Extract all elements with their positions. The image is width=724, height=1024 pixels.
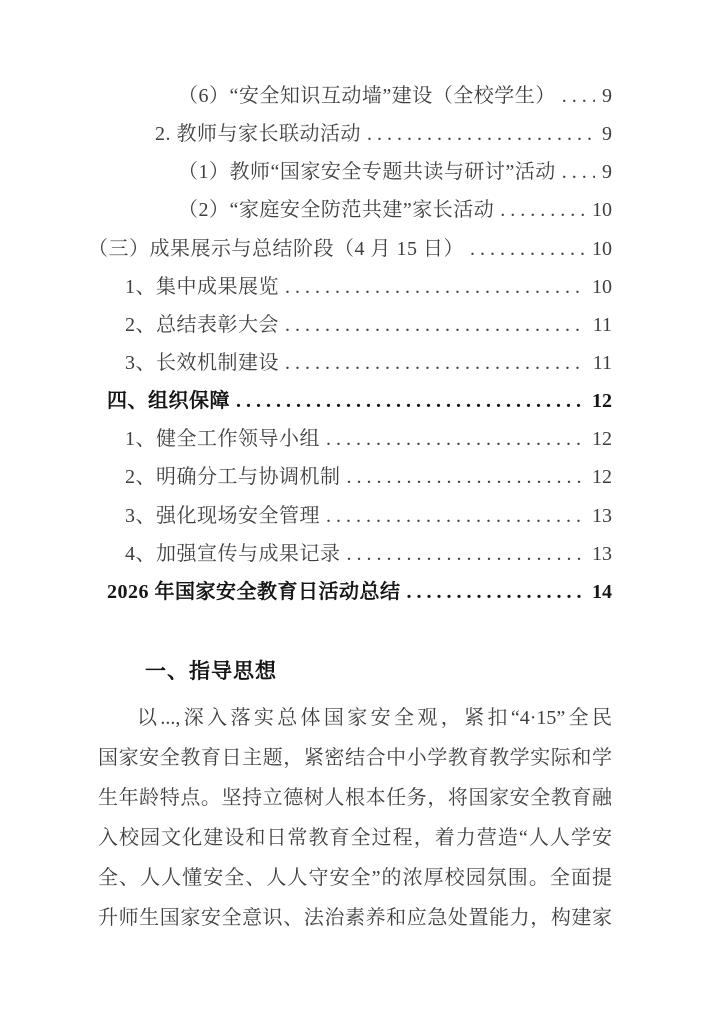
toc-entry-title: 3、长效机制建设 [125, 344, 279, 382]
toc-entry-title: 2、明确分工与协调机制 [125, 458, 341, 496]
paragraph-line: 国家安全教育日主题，紧密结合中小学教育教学实际和学 [98, 738, 612, 778]
toc-dot-leader: ........................................… [326, 497, 585, 535]
paragraph-line: 全、人人懂安全、人人守安全”的浓厚校园氛围。全面提 [98, 858, 612, 898]
toc-entry-page-number: 14 [592, 573, 612, 611]
paragraph-line: 升师生国家安全意识、法治素养和应急处置能力，构建家 [98, 898, 612, 938]
toc-entry-page-number: 10 [592, 230, 612, 268]
body-paragraph: 以...,深入落实总体国家安全观，紧扣“4·15”全民国家安全教育日主题，紧密结… [98, 698, 612, 938]
paragraph-line: 以...,深入落实总体国家安全观，紧扣“4·15”全民 [98, 698, 612, 738]
toc-entry-title: （2）“家庭安全防范共建”家长活动 [178, 191, 494, 229]
paragraph-line: 生年龄特点。坚持立德树人根本任务，将国家安全教育融 [98, 778, 612, 818]
toc-dot-leader: ........................................… [285, 306, 586, 344]
paragraph-line: 入校园文化建设和日常教育全过程，着力营造“人人学安 [98, 818, 612, 858]
toc-entry-page-number: 11 [593, 344, 612, 382]
toc-entry-title: 四、组织保障 [107, 382, 230, 420]
toc-dot-leader: ........................................… [562, 153, 595, 191]
toc-entry-page-number: 9 [602, 153, 612, 191]
toc-entry: 4、加强宣传与成果记录.............................… [0, 535, 612, 573]
toc-dot-leader: ........................................… [236, 382, 585, 420]
toc-entry-page-number: 13 [592, 535, 612, 573]
section-heading: 一、指导思想 [145, 657, 277, 685]
toc-dot-leader: ........................................… [500, 191, 585, 229]
toc-entry: 2、总结表彰大会................................… [0, 306, 612, 344]
toc-entry: （6）“安全知识互动墙”建设（全校学生）....................… [0, 77, 612, 115]
table-of-contents: （6）“安全知识互动墙”建设（全校学生）....................… [0, 77, 612, 611]
toc-dot-leader: ........................................… [285, 268, 585, 306]
toc-entry-page-number: 9 [602, 115, 612, 153]
toc-dot-leader: ........................................… [347, 535, 586, 573]
toc-entry-title: （三）成果展示与总结阶段（4 月 15 日） [88, 230, 464, 268]
toc-dot-leader: ........................................… [470, 230, 585, 268]
toc-entry-page-number: 13 [592, 497, 612, 535]
toc-entry: 1、健全工作领导小组..............................… [0, 420, 612, 458]
toc-entry: 1、集中成果展览................................… [0, 268, 612, 306]
toc-entry: 2. 教师与家长联动活动............................… [0, 115, 612, 153]
toc-dot-leader: ........................................… [285, 344, 586, 382]
toc-entry: 四、组织保障..................................… [0, 382, 612, 420]
toc-entry-page-number: 12 [592, 382, 612, 420]
toc-dot-leader: ........................................… [562, 77, 595, 115]
toc-entry-title: （1）教师“国家安全专题共读与研讨”活动 [178, 153, 556, 191]
toc-entry-title: 1、健全工作领导小组 [125, 420, 320, 458]
toc-dot-leader: ........................................… [347, 458, 586, 496]
toc-dot-leader: ........................................… [407, 573, 586, 611]
toc-entry-page-number: 11 [593, 306, 612, 344]
toc-entry-page-number: 12 [592, 420, 612, 458]
document-page: （6）“安全知识互动墙”建设（全校学生）....................… [0, 0, 724, 1024]
toc-entry: 2026 年国家安全教育日活动总结.......................… [0, 573, 612, 611]
toc-entry: （三）成果展示与总结阶段（4 月 15 日）..................… [0, 230, 612, 268]
toc-entry-title: 2. 教师与家长联动活动 [155, 115, 361, 153]
toc-entry-title: 3、强化现场安全管理 [125, 497, 320, 535]
toc-entry: 2、明确分工与协调机制.............................… [0, 458, 612, 496]
toc-dot-leader: ........................................… [367, 115, 595, 153]
toc-entry-page-number: 12 [592, 458, 612, 496]
toc-entry-title: 4、加强宣传与成果记录 [125, 535, 341, 573]
toc-entry-title: （6）“安全知识互动墙”建设（全校学生） [178, 77, 556, 115]
toc-entry: 3、强化现场安全管理..............................… [0, 497, 612, 535]
toc-entry: （2）“家庭安全防范共建”家长活动.......................… [0, 191, 612, 229]
toc-entry-page-number: 10 [592, 191, 612, 229]
toc-entry-title: 1、集中成果展览 [125, 268, 279, 306]
toc-entry-title: 2026 年国家安全教育日活动总结 [107, 573, 401, 611]
toc-entry-page-number: 9 [602, 77, 612, 115]
toc-entry: 3、长效机制建设................................… [0, 344, 612, 382]
toc-entry-title: 2、总结表彰大会 [125, 306, 279, 344]
toc-dot-leader: ........................................… [326, 420, 585, 458]
toc-entry-page-number: 10 [592, 268, 612, 306]
toc-entry: （1）教师“国家安全专题共读与研讨”活动....................… [0, 153, 612, 191]
